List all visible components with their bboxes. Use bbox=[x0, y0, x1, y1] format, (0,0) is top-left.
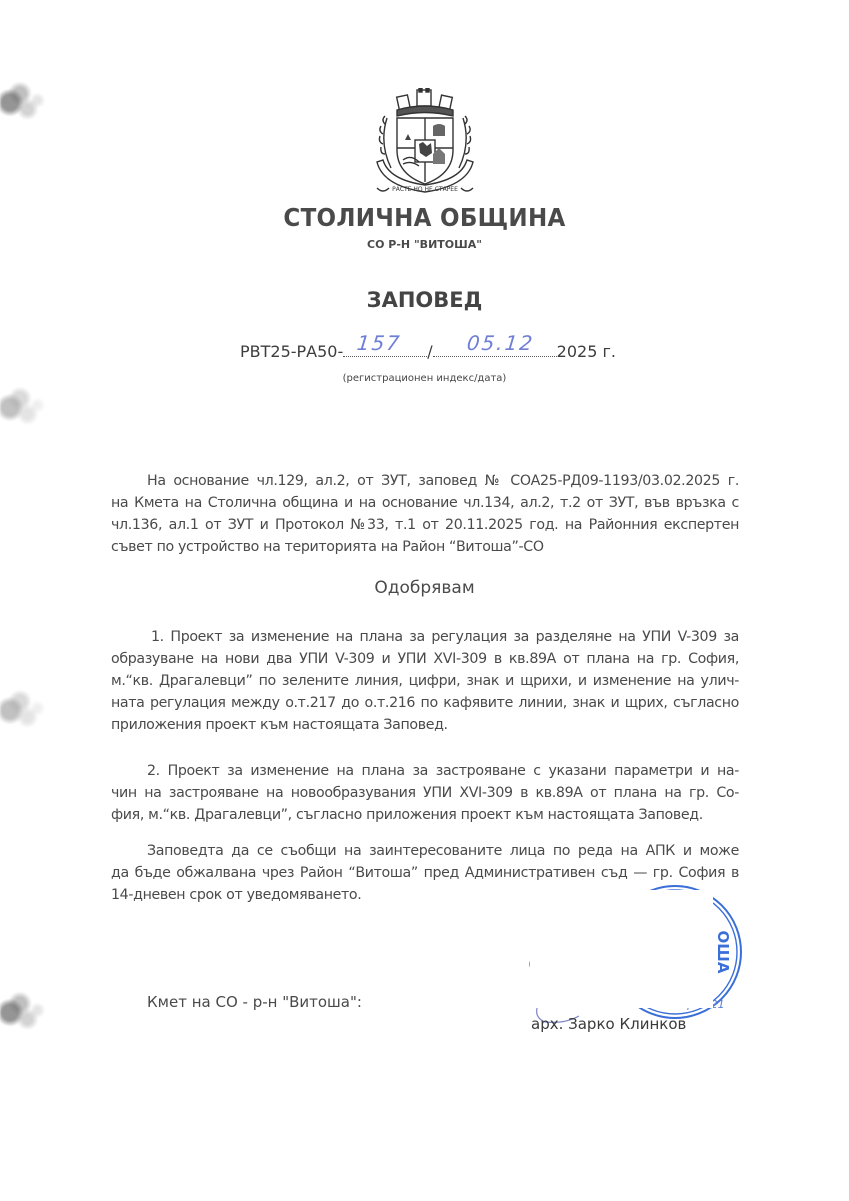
item-1-line: ната регулация между о.т.217 до о.т.216 … bbox=[111, 692, 739, 714]
signer-name: арх. Зарко Клинков bbox=[531, 1015, 686, 1033]
item-1-line: м.“кв. Драгалевци” по зелените линия, ци… bbox=[111, 670, 739, 692]
handwritten-number: 157 bbox=[356, 331, 403, 355]
district-name: СО Р-Н "ВИТОША" bbox=[0, 238, 849, 251]
preamble-line: на Кмета на Столична община и на основан… bbox=[111, 492, 739, 514]
document-title: ЗАПОВЕД bbox=[0, 288, 849, 312]
registration-number-field: 157 bbox=[343, 340, 427, 357]
svg-text:ОША: ОША bbox=[714, 931, 732, 974]
notice-line: Заповедта да се съобщи на заинтересовани… bbox=[111, 840, 739, 862]
preamble-paragraph: На основание чл.129, ал.2, от ЗУТ, запов… bbox=[111, 470, 739, 558]
scan-artifact bbox=[0, 80, 50, 125]
item-2-paragraph: 2. Проект за изменение на плана за застр… bbox=[111, 760, 739, 826]
preamble-line: чл.136, ал.1 от ЗУТ и Протокол №33, т.1 … bbox=[111, 514, 739, 536]
sofia-coat-of-arms-icon: РАСТЕ НО НЕ СТАРЕЕ bbox=[373, 88, 477, 196]
item-2-line: фия, м.“кв. Драгалевци”, съгласно прилож… bbox=[111, 804, 739, 826]
mayor-label: Кмет на СО - р-н "Витоша": bbox=[147, 993, 362, 1011]
item-1-line: 1. Проект за изменение на плана за регул… bbox=[111, 626, 739, 648]
item-2-line: 2. Проект за изменение на плана за застр… bbox=[111, 760, 739, 782]
item-1-line: образуване на нови два УПИ V-309 и УПИ X… bbox=[111, 648, 739, 670]
item-1-paragraph: 1. Проект за изменение на плана за регул… bbox=[111, 626, 739, 736]
scan-artifact bbox=[0, 990, 50, 1035]
svg-text:РАСТЕ НО НЕ СТАРЕЕ: РАСТЕ НО НЕ СТАРЕЕ bbox=[392, 186, 458, 193]
registration-date-field: 05.12 bbox=[433, 340, 557, 357]
approve-heading: Одобрявам bbox=[0, 578, 849, 598]
item-1-line: приложения проект към настоящата Заповед… bbox=[111, 714, 739, 736]
redacted-signature-area bbox=[530, 890, 713, 1008]
registration-hint: (регистрационен индекс/дата) bbox=[0, 373, 849, 384]
registration-line: РВТ25-РА50-157/05.122025 г. bbox=[240, 340, 620, 370]
item-2-line: чин на застрояване на новообразувания УП… bbox=[111, 782, 739, 804]
registration-prefix: РВТ25-РА50- bbox=[240, 342, 343, 361]
preamble-line: съвет по устройство на територията на Ра… bbox=[111, 536, 739, 558]
registration-hint-text: (регистрационен индекс/дата) bbox=[343, 373, 507, 384]
preamble-line: На основание чл.129, ал.2, от ЗУТ, запов… bbox=[111, 470, 739, 492]
organization-name: СТОЛИЧНА ОБЩИНА bbox=[34, 203, 815, 232]
handwritten-date: 05.12 bbox=[465, 331, 535, 355]
scan-artifact bbox=[0, 688, 50, 733]
scan-artifact bbox=[0, 385, 50, 430]
registration-year: 2025 г. bbox=[557, 342, 616, 361]
